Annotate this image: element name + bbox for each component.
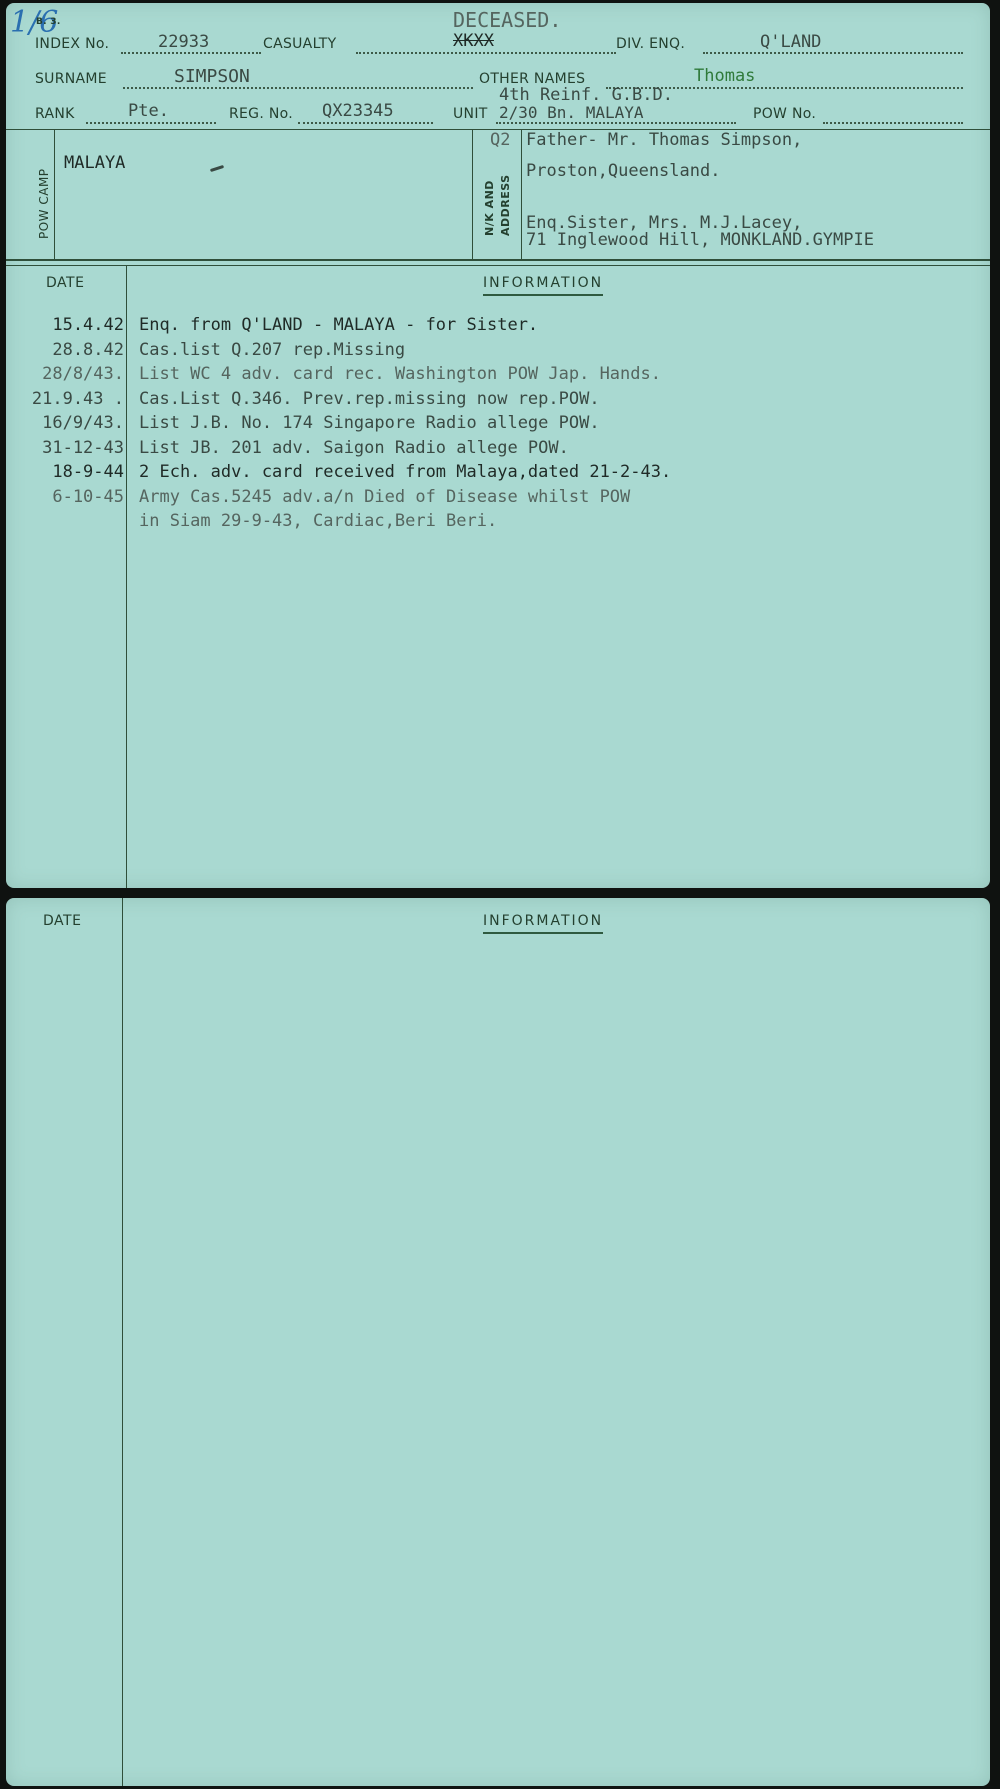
row-date: 15.4.42 — [6, 315, 124, 335]
row-info: in Siam 29-9-43, Cardiac,Beri Beri. — [139, 511, 497, 531]
pow-no-dots — [823, 122, 963, 124]
row-date: 21.9.43 . — [6, 389, 124, 409]
date-header: DATE — [43, 913, 81, 929]
nk-code: Q2 — [490, 130, 510, 150]
information-header: INFORMATION — [483, 913, 603, 934]
unit-label: UNIT — [453, 106, 488, 122]
row-info: List J.B. No. 174 Singapore Radio allege… — [139, 413, 600, 433]
date-column-divider — [122, 898, 123, 1786]
reg-no-value: QX23345 — [322, 101, 394, 121]
index-no-label: INDEX No. — [35, 36, 109, 52]
casualty-overtyped: DECEASED. — [453, 8, 561, 32]
reg-no-label: REG. No. — [229, 106, 293, 122]
row-date: 18-9-44 — [6, 462, 124, 482]
row-date: 31-12-43 — [6, 438, 124, 458]
casualty-label: CASUALTY — [263, 36, 336, 52]
nk-label-line1: N/K AND — [483, 180, 496, 236]
casualty-dots — [356, 52, 616, 54]
date-header: DATE — [46, 275, 84, 291]
div-enq-dots — [703, 52, 963, 54]
row-date: 28/8/43. — [6, 364, 124, 384]
row-info: Cas.List Q.346. Prev.rep.missing now rep… — [139, 389, 600, 409]
double-rule-2 — [6, 265, 990, 266]
pow-no-label: POW No. — [753, 106, 816, 122]
index-no-dots — [121, 52, 261, 54]
row-info: Cas.list Q.207 rep.Missing — [139, 340, 405, 360]
row-info: List JB. 201 adv. Saigon Radio allege PO… — [139, 438, 569, 458]
date-column-divider — [126, 265, 127, 888]
pow-camp-divider — [54, 129, 55, 259]
row-date: 28.8.42 — [6, 340, 124, 360]
row-date: 6-10-45 — [6, 487, 124, 507]
form-code: B. 3. — [36, 17, 61, 27]
casualty-struck-value: XKXX — [453, 31, 494, 51]
pow-camp-value: MALAYA — [64, 153, 125, 173]
nk-label-line2: ADDRESS — [499, 174, 512, 236]
surname-dots — [123, 87, 473, 89]
div-enq-label: DIV. ENQ. — [616, 36, 685, 52]
rank-dots — [86, 122, 216, 124]
div-enq-value: Q'LAND — [760, 32, 821, 52]
surname-label: SURNAME — [35, 71, 107, 87]
index-card-front: 1/6 B. 3. INDEX No. 22933 CASUALTY DECEA… — [6, 3, 990, 888]
rank-label: RANK — [35, 106, 75, 122]
rank-value: Pte. — [128, 101, 169, 121]
row-info: Enq. from Q'LAND - MALAYA - for Sister. — [139, 315, 538, 335]
row-info: Army Cas.5245 adv.a/n Died of Disease wh… — [139, 487, 630, 507]
unit-reinforcement: 4th Reinf. G.B.D. — [499, 85, 673, 105]
stray-pencil-mark — [210, 165, 224, 172]
nk-line: Father- Mr. Thomas Simpson, — [526, 130, 802, 150]
information-header: INFORMATION — [483, 275, 603, 296]
nk-divider-left — [472, 129, 473, 259]
unit-value: 2/30 Bn. MALAYA — [499, 103, 644, 122]
unit-dots — [496, 122, 736, 124]
pow-camp-label: POW CAMP — [37, 168, 51, 239]
nk-divider-right — [521, 129, 522, 259]
surname-value: SIMPSON — [174, 66, 250, 87]
other-names-value: Thomas — [694, 66, 755, 86]
index-card-back: DATE INFORMATION — [6, 898, 990, 1786]
nk-line: Proston,Queensland. — [526, 161, 720, 181]
nk-line: 71 Inglewood Hill, MONKLAND.GYMPIE — [526, 230, 874, 250]
row-date: 16/9/43. — [6, 413, 124, 433]
row-info: 2 Ech. adv. card received from Malaya,da… — [139, 462, 671, 482]
double-rule-1 — [6, 259, 990, 261]
row-info: List WC 4 adv. card rec. Washington POW … — [139, 364, 661, 384]
index-no-value: 22933 — [158, 32, 209, 52]
reg-no-dots — [298, 122, 433, 124]
